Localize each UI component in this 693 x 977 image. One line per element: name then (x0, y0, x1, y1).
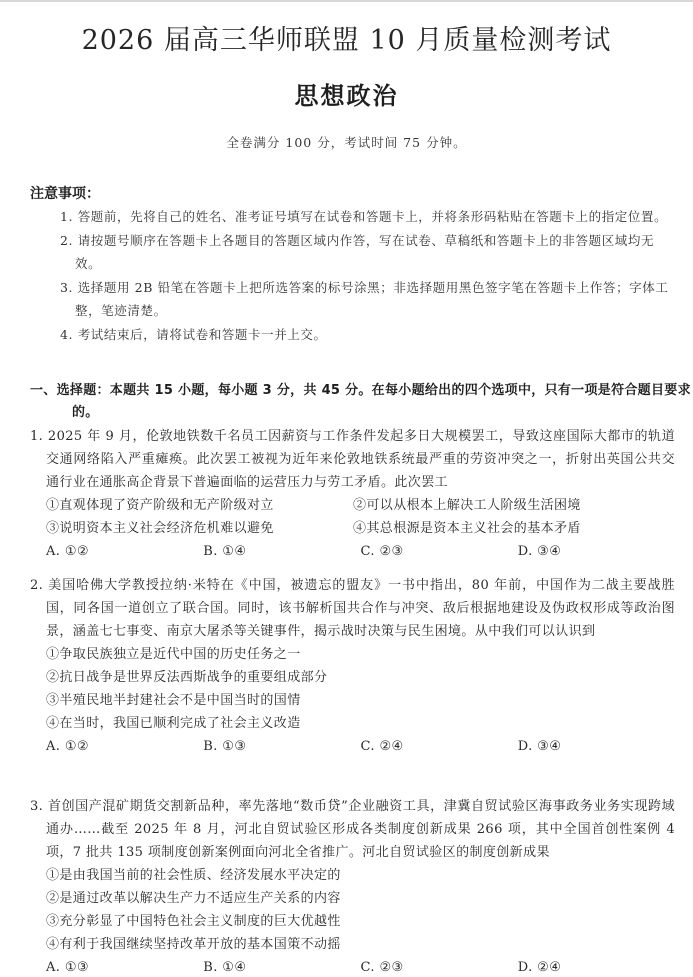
choice-b: B. ①③ (203, 735, 360, 758)
option-2: ②是通过改革以解决生产力不适应生产关系的内容 (46, 887, 675, 910)
question-stem: 2. 美国哈佛大学教授拉纳·米特在《中国，被遗忘的盟友》一书中指出，80 年前，… (30, 574, 675, 643)
question-options: ①是由我国当前的社会性质、经济发展水平决定的 ②是通过改革以解决生产力不适应生产… (30, 864, 675, 956)
option-2: ②抗日战争是世界反法西斯战争的重要组成部分 (46, 666, 675, 689)
exam-title: 2026 届高三华师联盟 10 月质量检测考试 (0, 18, 693, 57)
notice-item: 2. 请按题号顺序在答题卡上各题目的答题区域内作答，写在试卷、草稿纸和答题卡上的… (60, 229, 680, 276)
question-options: ①直观体现了资产阶级和无产阶级对立 ②可以从根本上解决工人阶级生活困境 ③说明资… (30, 494, 675, 540)
exam-meta: 全卷满分 100 分，考试时间 75 分钟。 (0, 133, 693, 151)
choice-d: D. ③④ (518, 735, 675, 758)
notice-item: 3. 选择题用 2B 铅笔在答题卡上把所选答案的标号涂黑；非选择题用黑色签字笔在… (60, 276, 680, 323)
option-4: ④有利于我国继续坚持改革开放的基本国策不动摇 (46, 933, 675, 956)
option-1: ①争取民族独立是近代中国的历史任务之一 (46, 643, 675, 666)
question-options: ①争取民族独立是近代中国的历史任务之一 ②抗日战争是世界反法西斯战争的重要组成部… (30, 643, 675, 735)
option-3: ③说明资本主义社会经济危机难以避免 (46, 517, 353, 540)
question-2: 2. 美国哈佛大学教授拉纳·米特在《中国，被遗忘的盟友》一书中指出，80 年前，… (30, 574, 675, 758)
page-top-border (0, 0, 693, 2)
option-1: ①是由我国当前的社会性质、经济发展水平决定的 (46, 864, 675, 887)
question-stem: 1. 2025 年 9 月，伦敦地铁数千名员工因薪资与工作条件发起多日大规模罢工… (30, 425, 675, 494)
choice-a: A. ①② (46, 540, 203, 563)
notice-heading: 注意事项： (30, 183, 100, 203)
choice-b: B. ①④ (203, 540, 360, 563)
choice-b: B. ①④ (203, 956, 360, 977)
option-4: ④在当时，我国已顺利完成了社会主义改造 (46, 712, 675, 735)
question-1: 1. 2025 年 9 月，伦敦地铁数千名员工因薪资与工作条件发起多日大规模罢工… (30, 425, 675, 563)
option-1: ①直观体现了资产阶级和无产阶级对立 (46, 494, 353, 517)
option-2: ②可以从根本上解决工人阶级生活困境 (353, 494, 660, 517)
choice-a: A. ①② (46, 735, 203, 758)
choice-d: D. ③④ (518, 540, 675, 563)
question-3: 3. 首创国产混矿期货交割新品种，率先落地“数币贷”企业融资工具，津冀自贸试验区… (30, 795, 675, 977)
answer-choices: A. ①③ B. ①④ C. ②③ D. ②④ (30, 956, 675, 977)
option-3: ③半殖民地半封建社会不是中国当时的国情 (46, 689, 675, 712)
option-4: ④其总根源是资本主义社会的基本矛盾 (353, 517, 660, 540)
question-stem: 3. 首创国产混矿期货交割新品种，率先落地“数币贷”企业融资工具，津冀自贸试验区… (30, 795, 675, 864)
notice-list: 1. 答题前，先将自己的姓名、准考证号填写在试卷和答题卡上，并将条形码粘贴在答题… (60, 205, 680, 346)
choice-c: C. ②③ (361, 956, 518, 977)
notice-item: 1. 答题前，先将自己的姓名、准考证号填写在试卷和答题卡上，并将条形码粘贴在答题… (60, 205, 680, 229)
choice-c: C. ②③ (361, 540, 518, 563)
choice-a: A. ①③ (46, 956, 203, 977)
answer-choices: A. ①② B. ①④ C. ②③ D. ③④ (30, 540, 675, 563)
choice-d: D. ②④ (518, 956, 675, 977)
option-3: ③充分彰显了中国特色社会主义制度的巨大优越性 (46, 910, 675, 933)
subject-title: 思想政治 (0, 76, 693, 111)
choice-c: C. ②④ (361, 735, 518, 758)
answer-choices: A. ①② B. ①③ C. ②④ D. ③④ (30, 735, 675, 758)
section-heading: 一、选择题：本题共 15 小题，每小题 3 分，共 45 分。在每小题给出的四个… (30, 380, 693, 424)
notice-item: 4. 考试结束后，请将试卷和答题卡一并上交。 (60, 323, 680, 347)
